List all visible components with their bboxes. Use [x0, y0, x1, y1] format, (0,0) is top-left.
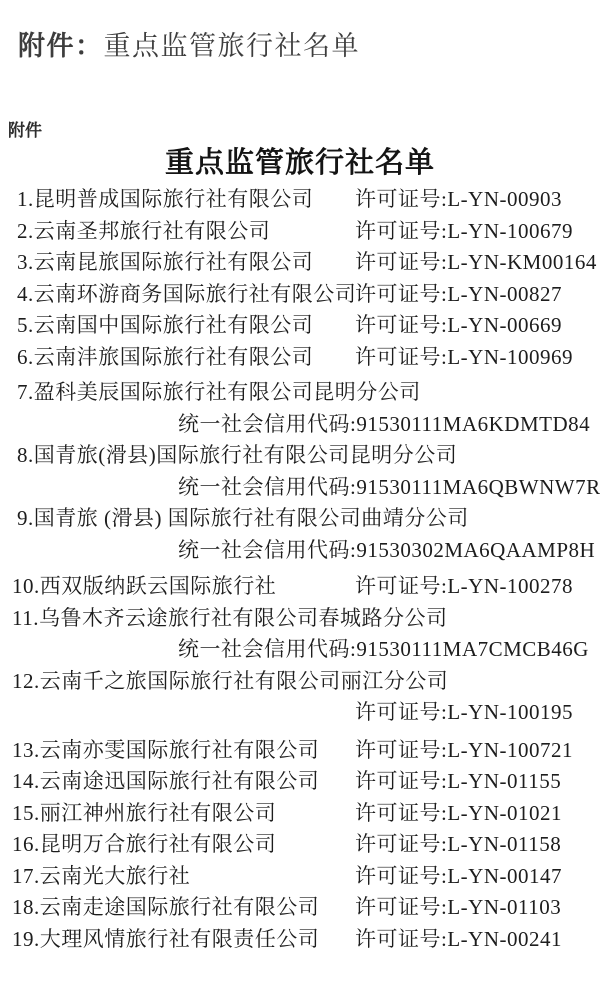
item-number: 7. — [17, 380, 34, 404]
license-number: 许可证号:L-YN-01158 — [355, 829, 561, 861]
agency-name: 云南圣邦旅行社有限公司 — [34, 219, 271, 243]
license-number: 许可证号:L-YN-100721 — [355, 735, 573, 767]
license-number: 许可证号:L-YN-00147 — [355, 861, 562, 893]
item-number: 6. — [17, 345, 34, 369]
credit-code-line: 统一社会信用代码:91530302MA6QAAMP8H — [0, 535, 600, 567]
attachment-label: 附件 — [8, 116, 42, 141]
item-number: 11. — [12, 606, 39, 630]
license-number: 许可证号:L-YN-100195 — [355, 700, 573, 724]
list-item: 14.云南途迅国际旅行社有限公司 许可证号:L-YN-01155 — [0, 766, 600, 798]
agency-name: 云南途迅国际旅行社有限公司 — [40, 769, 320, 793]
agency-name: 云南走途国际旅行社有限公司 — [40, 895, 320, 919]
list-item: 13.云南亦雯国际旅行社有限公司 许可证号:L-YN-100721 — [0, 735, 600, 767]
license-number: 许可证号:L-YN-00669 — [355, 310, 562, 342]
item-number: 15. — [12, 801, 40, 825]
list-item: 4.云南环游商务国际旅行社有限公司 许可证号:L-YN-00827 — [0, 279, 600, 311]
license-line: 许可证号:L-YN-100195 — [0, 697, 600, 729]
license-number: 许可证号:L-YN-KM00164 — [355, 247, 597, 279]
credit-code: 统一社会信用代码:91530302MA6QAAMP8H — [178, 538, 595, 562]
agency-name: 乌鲁木齐云途旅行社有限公司春城路分公司 — [39, 606, 448, 630]
article-headline: 附件：重点监管旅行社名单 — [18, 24, 360, 63]
item-number: 19. — [12, 927, 40, 951]
credit-code: 统一社会信用代码:91530111MA7CMCB46G — [178, 637, 589, 661]
list-item: 10.西双版纳跃云国际旅行社 许可证号:L-YN-100278 — [0, 571, 600, 603]
item-number: 16. — [12, 832, 40, 856]
item-number: 14. — [12, 769, 40, 793]
list-item: 16.昆明万合旅行社有限公司 许可证号:L-YN-01158 — [0, 829, 600, 861]
item-number: 13. — [12, 738, 40, 762]
item-number: 2. — [17, 219, 34, 243]
item-number: 3. — [17, 250, 34, 274]
item-number: 8. — [17, 443, 34, 467]
item-number: 18. — [12, 895, 40, 919]
agency-name: 云南沣旅国际旅行社有限公司 — [34, 345, 314, 369]
agency-name: 云南亦雯国际旅行社有限公司 — [40, 738, 320, 762]
list-item: 1.昆明普成国际旅行社有限公司 许可证号:L-YN-00903 — [0, 184, 600, 216]
agency-name: 云南国中国际旅行社有限公司 — [34, 313, 314, 337]
list-item: 15.丽江神州旅行社有限公司 许可证号:L-YN-01021 — [0, 798, 600, 830]
item-number: 5. — [17, 313, 34, 337]
list-item: 12.云南千之旅国际旅行社有限公司丽江分公司 — [0, 666, 600, 698]
agency-name: 云南光大旅行社 — [40, 864, 191, 888]
license-number: 许可证号:L-YN-100969 — [355, 342, 573, 374]
page: 附件：重点监管旅行社名单 附件 重点监管旅行社名单 1.昆明普成国际旅行社有限公… — [0, 0, 600, 992]
list-item: 3.云南昆旅国际旅行社有限公司 许可证号:L-YN-KM00164 — [0, 247, 600, 279]
license-number: 许可证号:L-YN-01155 — [355, 766, 561, 798]
list-item: 9.国青旅 (滑县) 国际旅行社有限公司曲靖分公司 — [0, 503, 600, 535]
list-item: 6.云南沣旅国际旅行社有限公司 许可证号:L-YN-100969 — [0, 342, 600, 374]
headline-title: 重点监管旅行社名单 — [104, 31, 361, 61]
document-title: 重点监管旅行社名单 — [0, 140, 600, 181]
agency-name: 西双版纳跃云国际旅行社 — [40, 574, 277, 598]
list-item: 19.大理风情旅行社有限责任公司 许可证号:L-YN-00241 — [0, 924, 600, 956]
list-item: 5.云南国中国际旅行社有限公司 许可证号:L-YN-00669 — [0, 310, 600, 342]
license-number: 许可证号:L-YN-00903 — [355, 184, 562, 216]
credit-code: 统一社会信用代码:91530111MA6QBWNW7R — [178, 475, 600, 499]
agency-name: 丽江神州旅行社有限公司 — [40, 801, 277, 825]
agency-name: 昆明万合旅行社有限公司 — [40, 832, 277, 856]
agency-list: 1.昆明普成国际旅行社有限公司 许可证号:L-YN-00903 2.云南圣邦旅行… — [0, 184, 600, 955]
item-number: 17. — [12, 864, 40, 888]
list-item: 18.云南走途国际旅行社有限公司 许可证号:L-YN-01103 — [0, 892, 600, 924]
agency-name: 国青旅(滑县)国际旅行社有限公司昆明分公司 — [34, 443, 458, 467]
agency-name: 盈科美辰国际旅行社有限公司昆明分公司 — [34, 380, 421, 404]
license-number: 许可证号:L-YN-01103 — [355, 892, 561, 924]
list-item: 8.国青旅(滑县)国际旅行社有限公司昆明分公司 — [0, 440, 600, 472]
agency-name: 云南环游商务国际旅行社有限公司 — [34, 282, 357, 306]
list-item: 7.盈科美辰国际旅行社有限公司昆明分公司 — [0, 377, 600, 409]
credit-code-line: 统一社会信用代码:91530111MA6QBWNW7R — [0, 472, 600, 504]
license-number: 许可证号:L-YN-00241 — [355, 924, 562, 956]
headline-prefix: 附件： — [18, 31, 104, 61]
item-number: 10. — [12, 574, 40, 598]
item-number: 9. — [17, 506, 34, 530]
agency-name: 云南昆旅国际旅行社有限公司 — [34, 250, 314, 274]
item-number: 4. — [17, 282, 34, 306]
credit-code-line: 统一社会信用代码:91530111MA7CMCB46G — [0, 634, 600, 666]
agency-name: 国青旅 (滑县) 国际旅行社有限公司曲靖分公司 — [34, 506, 469, 530]
item-number: 1. — [17, 187, 34, 211]
agency-name: 大理风情旅行社有限责任公司 — [40, 927, 320, 951]
credit-code: 统一社会信用代码:91530111MA6KDMTD84 — [178, 412, 590, 436]
list-item: 17.云南光大旅行社 许可证号:L-YN-00147 — [0, 861, 600, 893]
agency-name: 云南千之旅国际旅行社有限公司丽江分公司 — [40, 669, 449, 693]
credit-code-line: 统一社会信用代码:91530111MA6KDMTD84 — [0, 409, 600, 441]
license-number: 许可证号:L-YN-01021 — [355, 798, 562, 830]
list-item: 11.乌鲁木齐云途旅行社有限公司春城路分公司 — [0, 603, 600, 635]
item-number: 12. — [12, 669, 40, 693]
list-item: 2.云南圣邦旅行社有限公司 许可证号:L-YN-100679 — [0, 216, 600, 248]
license-number: 许可证号:L-YN-00827 — [355, 279, 562, 311]
license-number: 许可证号:L-YN-100679 — [355, 216, 573, 248]
license-number: 许可证号:L-YN-100278 — [355, 571, 573, 603]
agency-name: 昆明普成国际旅行社有限公司 — [34, 187, 314, 211]
